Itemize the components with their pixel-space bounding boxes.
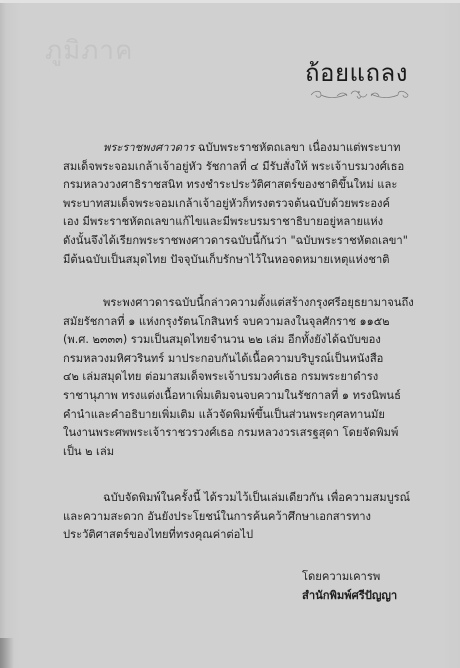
text-line: กรมหลวงวงศาธิราชสนิท ทรงชำระประวัติศาสตร… — [63, 176, 403, 195]
text-line: ในงานพระศพพระเจ้าราชวรวงศ์เธอ กรมหลวงวรเ… — [63, 424, 403, 443]
text-line: (พ.ศ. ๒๓๓๓) รวมเป็นสมุดไทยจำนวน ๒๒ เล่ม … — [63, 331, 403, 350]
text-line: พระบาทสมเด็จพระจอมเกล้าเจ้าอยู่หัวก็ทรงต… — [63, 195, 403, 214]
text-line: พระราชพงศาวดาร ฉบับพระราชหัตถเลขา เนื่อง… — [63, 139, 403, 158]
page-binding-shadow — [0, 638, 14, 668]
text-line: สมัยรัชกาลที่ ๑ แห่งกรุงรัตนโกสินทร์ จบค… — [63, 313, 403, 332]
text-line: มีต้นฉบับเป็นสมุดไทย ปัจจุบันเก็บรักษาไว… — [63, 251, 403, 270]
text-line: ๔๒ เล่มสมุดไทย ต่อมาสมเด็จพระเจ้าบรมวงศ์… — [63, 368, 403, 387]
bleed-through-text: ภูมิภาค — [45, 30, 133, 71]
italic-book-title: พระราชพงศาวดาร — [103, 141, 194, 154]
floral-divider-icon — [307, 88, 412, 102]
text-line: กรมหลวงมหิศวรินทร์ มาประกอบกันได้เนื้อคว… — [63, 350, 403, 369]
text-line: ดังนั้นจึงได้เรียกพระราชพงศาวดารฉบับนี้ก… — [63, 232, 403, 251]
text-line: และความสะดวก อันยังประโยชน์ในการค้นคว้าศ… — [63, 508, 403, 527]
text-line: ประวัติศาสตร์ของไทยที่ทรงคุณค่าต่อไป — [63, 526, 403, 545]
text-line: เอง มีพระราชหัตถเลขาแก้ไขและมีพระบรมราชา… — [63, 213, 403, 232]
text-line: พระพงศาวดารฉบับนี้กล่าวความตั้งแต่สร้างก… — [63, 294, 403, 313]
paragraph-2: พระพงศาวดารฉบับนี้กล่าวความตั้งแต่สร้างก… — [63, 294, 403, 461]
paragraph-3: ฉบับจัดพิมพ์ในครั้งนี้ ได้รวมไว้เป็นเล่ม… — [63, 489, 403, 545]
text-line: เป็น ๒ เล่ม — [63, 443, 403, 462]
text-line: สมเด็จพระจอมเกล้าเจ้าอยู่หัว รัชกาลที่ ๔… — [63, 158, 403, 177]
page-top-edge — [0, 0, 460, 3]
book-page: ภูมิภาค ถ้อยแถลง พระราชพงศาวดาร ฉบับพระร… — [0, 0, 460, 668]
signature-publisher: สำนักพิมพ์ศรีปัญญา — [302, 587, 397, 605]
page-title: ถ้อยแถลง — [305, 53, 408, 92]
text-line: ราชานุภาพ ทรงแต่งเนื้อหาเพิ่มเติมจนจบควา… — [63, 387, 403, 406]
text-line: ฉบับจัดพิมพ์ในครั้งนี้ ได้รวมไว้เป็นเล่ม… — [63, 489, 403, 508]
paragraph-1: พระราชพงศาวดาร ฉบับพระราชหัตถเลขา เนื่อง… — [63, 139, 403, 269]
text-line: คำนำและคำอธิบายเพิ่มเติม แล้วจัดพิมพ์ขึ้… — [63, 406, 403, 425]
signature-closing: โดยความเคารพ — [302, 568, 380, 586]
